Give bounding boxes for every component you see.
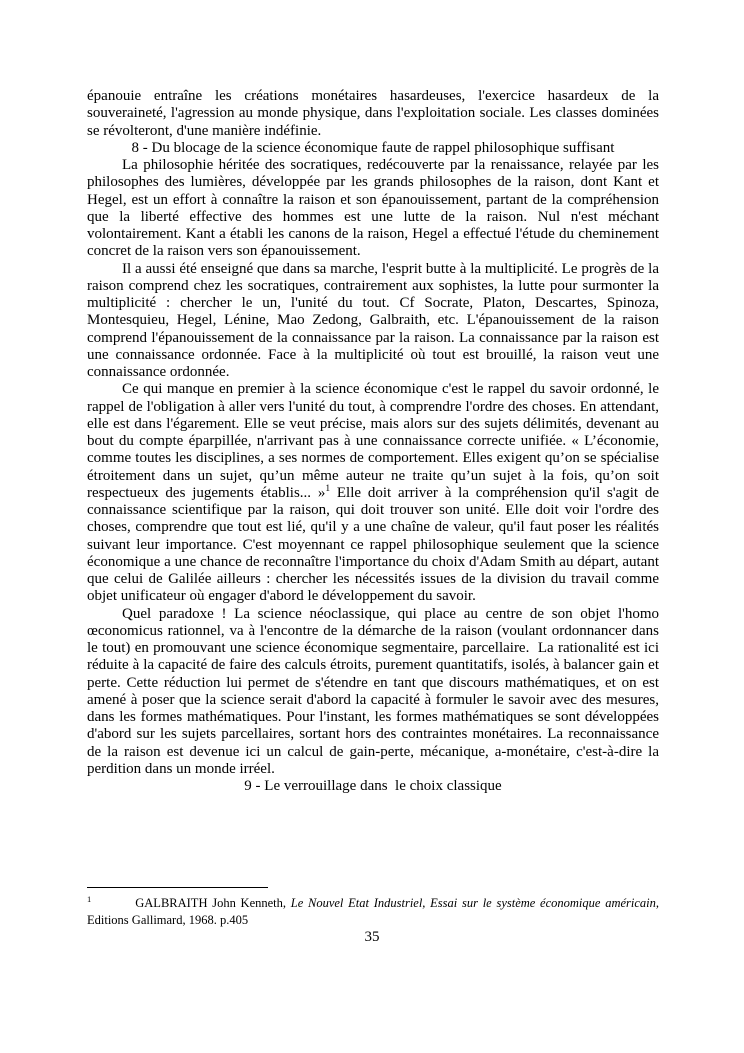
- paragraph-continuation: épanouie entraîne les créations monétair…: [87, 88, 659, 140]
- footnote-marker: 1: [87, 894, 91, 904]
- page-number: 35: [0, 929, 744, 946]
- section-heading-8: 8 - Du blocage de la science économique …: [87, 140, 659, 157]
- footnote-citation-title: Le Nouvel Etat Industriel, Essai sur le …: [291, 896, 659, 910]
- footnote-separator: [87, 887, 268, 888]
- document-page: épanouie entraîne les créations monétair…: [0, 0, 744, 1053]
- text-block: épanouie entraîne les créations monétair…: [87, 88, 659, 795]
- paragraph-philosophie: La philosophie héritée des socratiques, …: [87, 157, 659, 261]
- footnote-citation-publisher: Editions Gallimard, 1968. p.405: [87, 913, 248, 927]
- section-heading-9: 9 - Le verrouillage dans le choix classi…: [87, 778, 659, 795]
- footnote-area: 1GALBRAITH John Kenneth, Le Nouvel Etat …: [87, 887, 659, 930]
- paragraph-text-before-footnote-ref: Ce qui manque en premier à la science éc…: [87, 381, 659, 501]
- footnote-citation-author: GALBRAITH John Kenneth,: [135, 896, 291, 910]
- paragraph-multiplicite: Il a aussi été enseigné que dans sa marc…: [87, 261, 659, 382]
- paragraph-paradoxe: Quel paradoxe ! La science néoclassique,…: [87, 606, 659, 779]
- paragraph-text-after-footnote-ref: Elle doit arriver à la compréhension qu'…: [87, 485, 659, 605]
- footnote-text: 1GALBRAITH John Kenneth, Le Nouvel Etat …: [87, 895, 659, 930]
- paragraph-science-economique: Ce qui manque en premier à la science éc…: [87, 381, 659, 605]
